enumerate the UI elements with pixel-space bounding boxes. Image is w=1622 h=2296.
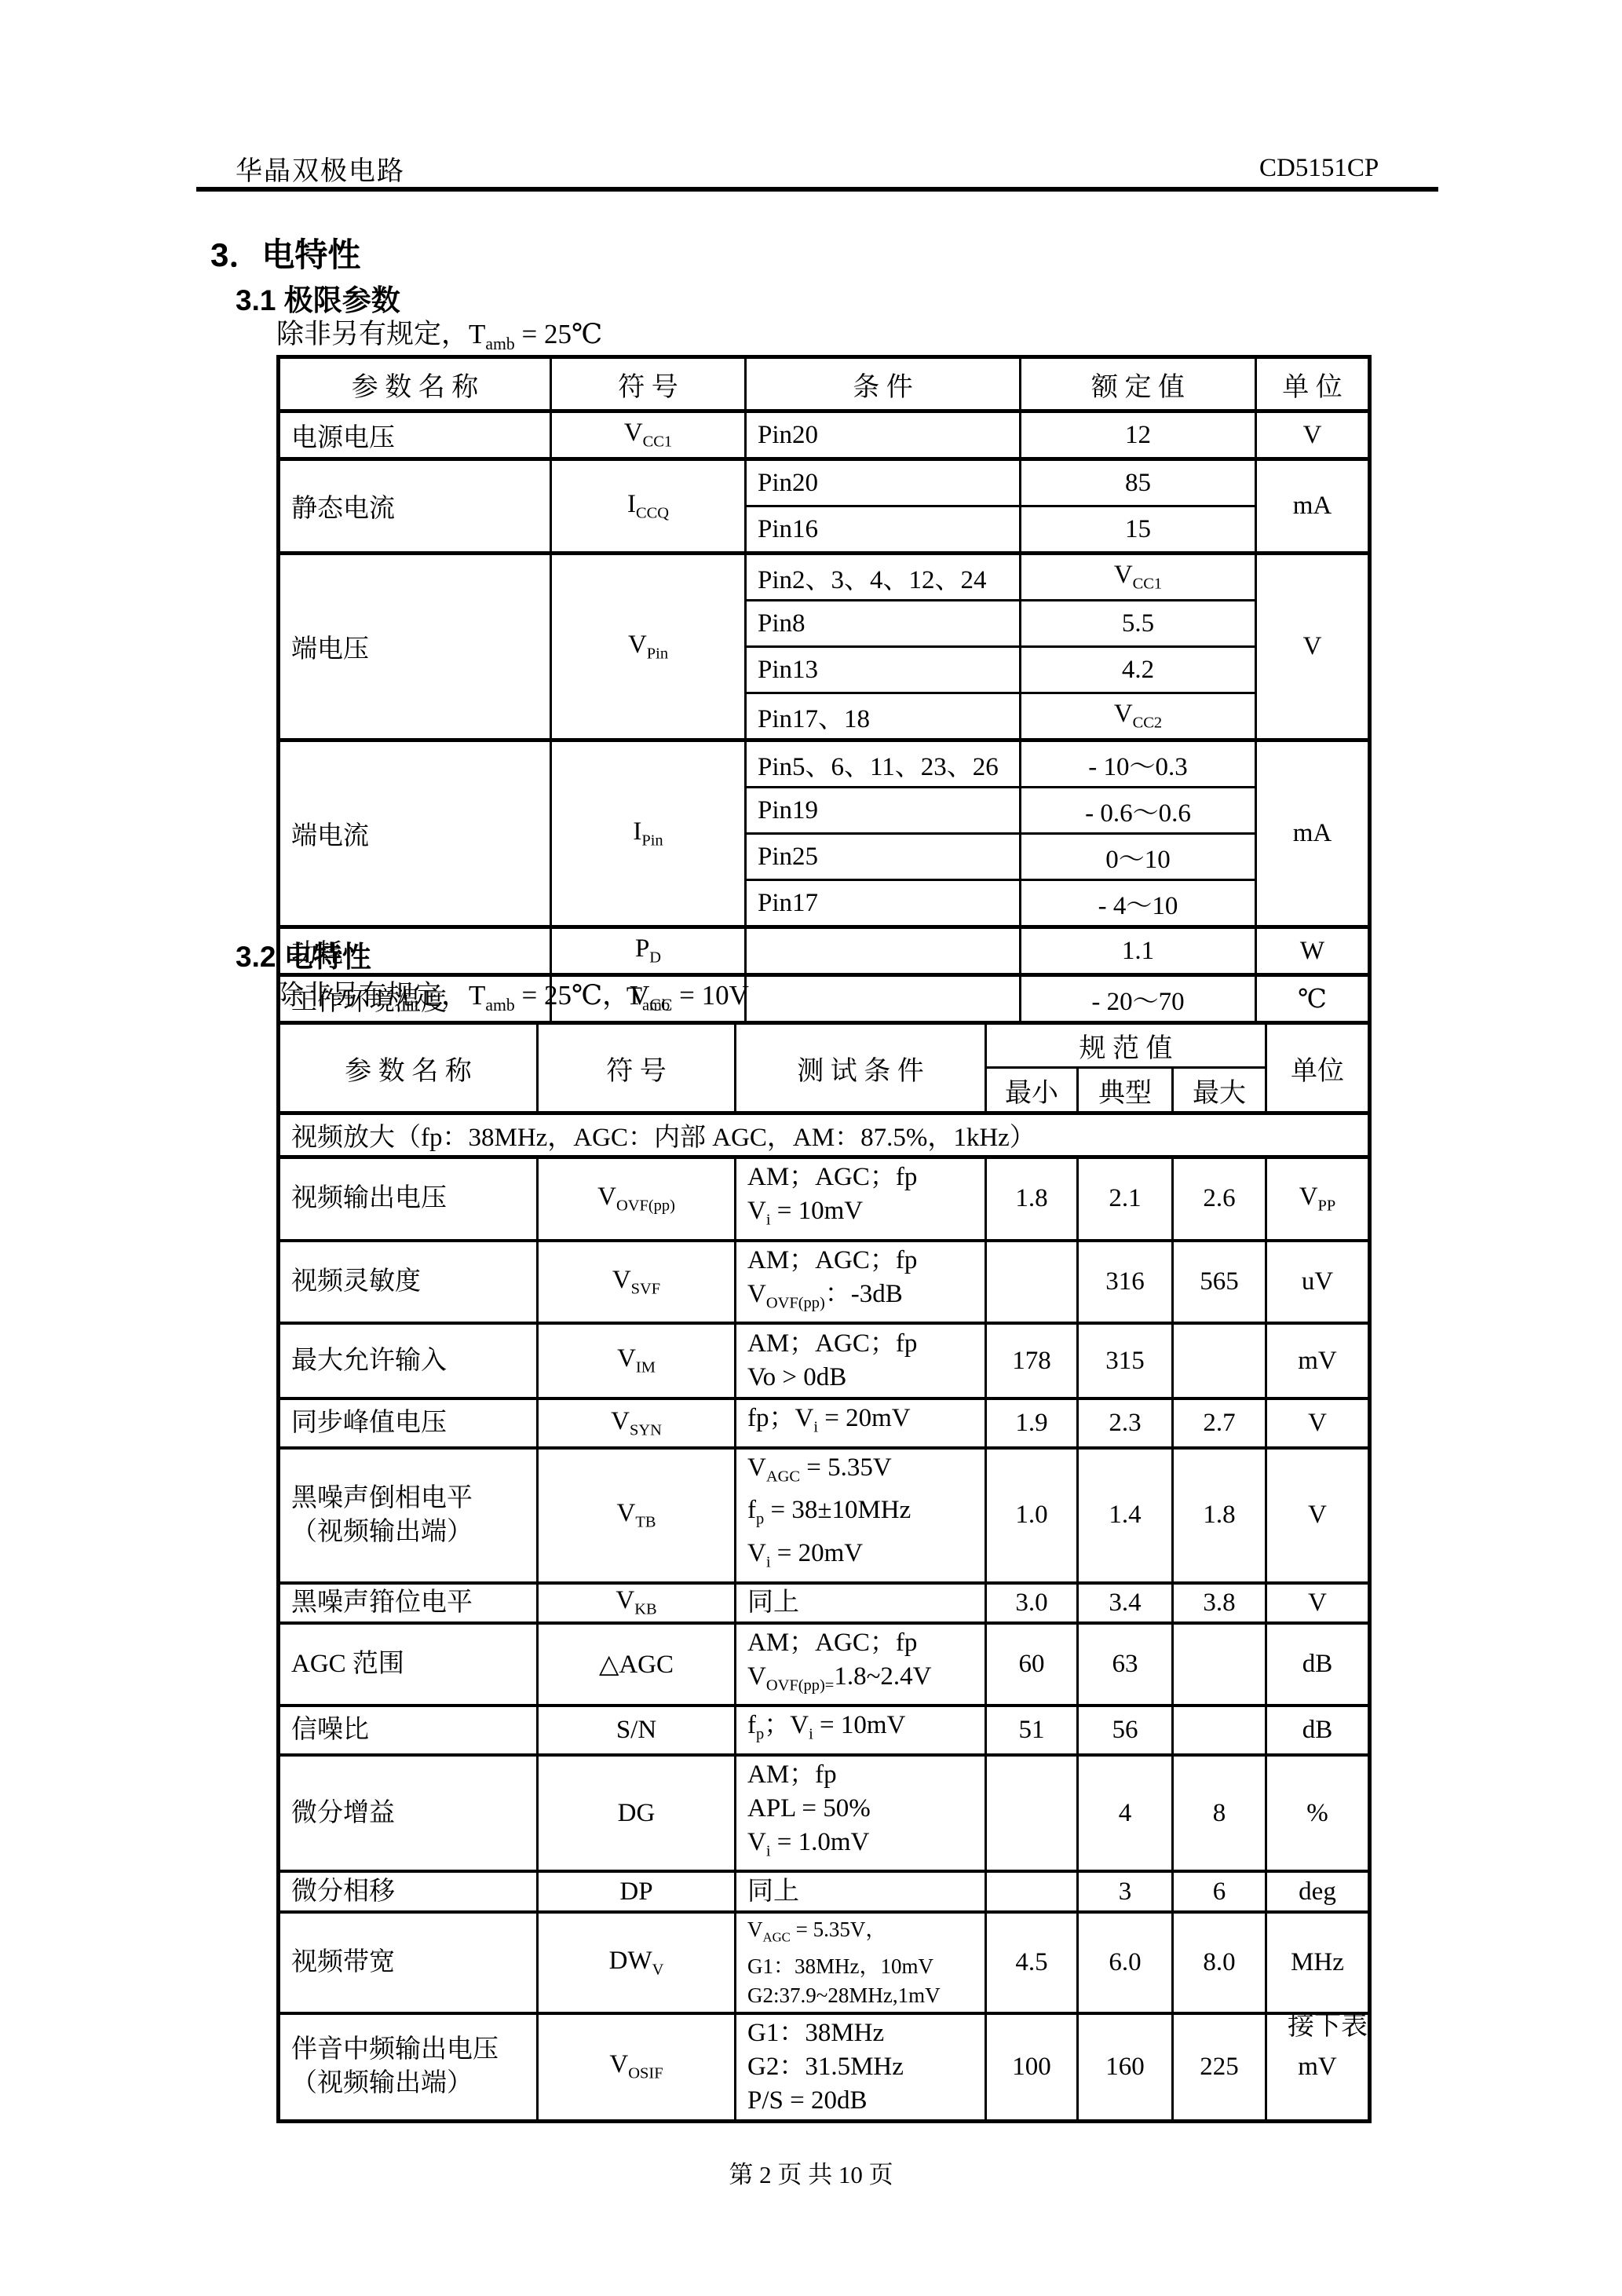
symbol-cell: VSVF bbox=[538, 1241, 736, 1324]
table-row: 信噪比S/Nfp；Vi = 10mV5156dB bbox=[279, 1706, 1370, 1755]
condition-cell bbox=[746, 975, 1021, 1023]
symbol-cell: DG bbox=[538, 1755, 736, 1872]
rating-value-cell: VCC1 bbox=[1021, 554, 1256, 601]
param-name-header: 参 数 名 称 bbox=[279, 1023, 538, 1113]
param-name-cell: 信噪比 bbox=[279, 1706, 538, 1755]
spec-max-cell: 3.8 bbox=[1173, 1583, 1266, 1623]
symbol-cell: VPin bbox=[551, 554, 746, 740]
symbol-cell: VKB bbox=[538, 1583, 736, 1623]
test-condition-cell: fp；Vi = 10mV bbox=[736, 1706, 986, 1755]
rating-value-cell: 12 bbox=[1021, 411, 1256, 459]
rating-value-cell: 1.1 bbox=[1021, 927, 1256, 975]
condition-cell: Pin13 bbox=[746, 647, 1021, 693]
param-name-cell: 电源电压 bbox=[279, 411, 551, 459]
spec-min-cell bbox=[986, 1755, 1078, 1872]
unit-cell: MHz bbox=[1266, 1912, 1370, 2013]
symbol-cell: VCC1 bbox=[551, 411, 746, 459]
unit-cell: deg bbox=[1266, 1871, 1370, 1912]
param-name-cell: 静态电流 bbox=[279, 459, 551, 554]
param-name-cell: 最大允许输入 bbox=[279, 1323, 538, 1398]
column-header-cell: 条 件 bbox=[746, 357, 1021, 411]
column-header-cell: 参 数 名 称 bbox=[279, 357, 551, 411]
spec-min-cell bbox=[986, 1871, 1078, 1912]
param-name-cell: 视频灵敏度 bbox=[279, 1241, 538, 1324]
param-name-cell: 黑噪声箝位电平 bbox=[279, 1583, 538, 1623]
spec-min-cell: 1.0 bbox=[986, 1448, 1078, 1583]
symbol-cell: VOVF(pp) bbox=[538, 1157, 736, 1241]
doc-header-title: 华晶双极电路 bbox=[236, 149, 405, 188]
unit-cell: V bbox=[1266, 1448, 1370, 1583]
unit-cell: mA bbox=[1256, 740, 1370, 927]
table-row: 端电流IPinPin5、6、11、23、26- 10～0.3mA bbox=[279, 740, 1370, 788]
param-name-cell: 端电流 bbox=[279, 740, 551, 927]
unit-cell: V bbox=[1256, 411, 1370, 459]
unit-cell: V bbox=[1256, 554, 1370, 740]
spec-min-cell: 1.9 bbox=[986, 1398, 1078, 1448]
symbol-cell: DP bbox=[538, 1871, 736, 1912]
symbol-cell: IPin bbox=[551, 740, 746, 927]
datasheet-page: 华晶双极电路 CD5151CP 3．电特性 3.1 极限参数 除非另有规定，Ta… bbox=[0, 0, 1622, 2296]
spec-typ-cell: 3.4 bbox=[1078, 1583, 1173, 1623]
condition-cell: Pin25 bbox=[746, 834, 1021, 880]
test-condition-cell: VAGC = 5.35V，G1：38MHz，10mVG2:37.9~28MHz,… bbox=[736, 1912, 986, 2013]
condition-note-3-2: 除非另有规定，Tamb = 25℃，VCC = 10V bbox=[276, 974, 749, 1015]
spec-typ-cell: 3 bbox=[1078, 1871, 1173, 1912]
table-row: 视频输出电压VOVF(pp)AM；AGC；fpVi = 10mV1.82.12.… bbox=[279, 1157, 1370, 1241]
param-name-cell: 视频带宽 bbox=[279, 1912, 538, 2013]
condition-cell: Pin20 bbox=[746, 411, 1021, 459]
symbol-header: 符 号 bbox=[538, 1023, 736, 1113]
electrical-characteristics-table: 参 数 名 称符 号测 试 条 件规 范 值单位最小典型最大视频放大（fp：38… bbox=[276, 1021, 1372, 2123]
test-condition-cell: fp；Vi = 20mV bbox=[736, 1398, 986, 1448]
unit-cell: VPP bbox=[1266, 1157, 1370, 1241]
spec-max-cell: 8 bbox=[1173, 1755, 1266, 1872]
subsection-3-2-heading: 3.2 电特性 bbox=[236, 933, 371, 975]
spec-typ-cell: 4 bbox=[1078, 1755, 1173, 1872]
symbol-cell: VIM bbox=[538, 1323, 736, 1398]
table-row: 最大允许输入VIMAM；AGC；fpVo > 0dB178315mV bbox=[279, 1323, 1370, 1398]
condition-cell: Pin2、3、4、12、24 bbox=[746, 554, 1021, 601]
unit-cell: % bbox=[1266, 1755, 1370, 1872]
table-row: 视频灵敏度VSVFAM；AGC；fpVOVF(pp)：-3dB316565uV bbox=[279, 1241, 1370, 1324]
rating-value-cell: - 4～10 bbox=[1021, 880, 1256, 927]
unit-cell: dB bbox=[1266, 1623, 1370, 1706]
unit-header: 单位 bbox=[1266, 1023, 1370, 1113]
rating-value-cell: 85 bbox=[1021, 459, 1256, 506]
min-header: 最小 bbox=[986, 1068, 1078, 1113]
table-row: 微分增益DGAM；fpAPL = 50%Vi = 1.0mV48% bbox=[279, 1755, 1370, 1872]
spec-max-cell bbox=[1173, 1323, 1266, 1398]
spec-max-cell: 6 bbox=[1173, 1871, 1266, 1912]
table-header-row: 参 数 名 称符 号条 件额 定 值单 位 bbox=[279, 357, 1370, 411]
table-header-row: 参 数 名 称符 号测 试 条 件规 范 值单位 bbox=[279, 1023, 1370, 1068]
doc-part-number: CD5151CP bbox=[1259, 154, 1379, 183]
unit-cell: uV bbox=[1266, 1241, 1370, 1324]
table-row: 功耗PD1.1W bbox=[279, 927, 1370, 975]
test-condition-cell: 同上 bbox=[736, 1871, 986, 1912]
unit-cell: dB bbox=[1266, 1706, 1370, 1755]
spec-max-cell: 8.0 bbox=[1173, 1912, 1266, 2013]
spec-typ-cell: 2.3 bbox=[1078, 1398, 1173, 1448]
group-band-cell: 视频放大（fp：38MHz，AGC：内部 AGC，AM：87.5%，1kHz） bbox=[279, 1113, 1370, 1157]
spec-max-cell: 2.7 bbox=[1173, 1398, 1266, 1448]
spec-value-header: 规 范 值 bbox=[986, 1023, 1266, 1068]
table-row: 电源电压VCC1Pin2012V bbox=[279, 411, 1370, 459]
continued-label: 接下表 bbox=[276, 2004, 1368, 2042]
symbol-cell: VTB bbox=[538, 1448, 736, 1583]
param-name-cell: AGC 范围 bbox=[279, 1623, 538, 1706]
param-name-cell: 同步峰值电压 bbox=[279, 1398, 538, 1448]
condition-cell: Pin20 bbox=[746, 459, 1021, 506]
spec-typ-cell: 56 bbox=[1078, 1706, 1173, 1755]
header-rule bbox=[196, 187, 1438, 192]
spec-min-cell: 178 bbox=[986, 1323, 1078, 1398]
rating-value-cell: - 20～70 bbox=[1021, 975, 1256, 1023]
rating-value-cell: 0～10 bbox=[1021, 834, 1256, 880]
column-header-cell: 单 位 bbox=[1256, 357, 1370, 411]
param-name-cell: 视频输出电压 bbox=[279, 1157, 538, 1241]
table-row: 黑噪声箝位电平VKB同上3.03.43.8V bbox=[279, 1583, 1370, 1623]
condition-cell: Pin16 bbox=[746, 506, 1021, 554]
symbol-cell: PD bbox=[551, 927, 746, 975]
spec-max-cell: 1.8 bbox=[1173, 1448, 1266, 1583]
condition-cell: Pin17、18 bbox=[746, 693, 1021, 740]
spec-typ-cell: 2.1 bbox=[1078, 1157, 1173, 1241]
param-name-cell: 微分增益 bbox=[279, 1755, 538, 1872]
max-header: 最大 bbox=[1173, 1068, 1266, 1113]
column-header-cell: 符 号 bbox=[551, 357, 746, 411]
spec-min-cell: 3.0 bbox=[986, 1583, 1078, 1623]
page-number: 第 2 页 共 10 页 bbox=[0, 2155, 1622, 2190]
rating-value-cell: 5.5 bbox=[1021, 601, 1256, 647]
unit-cell: W bbox=[1256, 927, 1370, 975]
rating-value-cell: 15 bbox=[1021, 506, 1256, 554]
table-row: 黑噪声倒相电平（视频输出端）VTBVAGC = 5.35Vfp = 38±10M… bbox=[279, 1448, 1370, 1583]
unit-cell: ℃ bbox=[1256, 975, 1370, 1023]
spec-min-cell: 51 bbox=[986, 1706, 1078, 1755]
section-heading: 3．电特性 bbox=[210, 229, 360, 276]
table-row: 微分相移DP同上36deg bbox=[279, 1871, 1370, 1912]
column-header-cell: 额 定 值 bbox=[1021, 357, 1256, 411]
table-band-row: 视频放大（fp：38MHz，AGC：内部 AGC，AM：87.5%，1kHz） bbox=[279, 1113, 1370, 1157]
table-row: 静态电流ICCQPin2085mA bbox=[279, 459, 1370, 506]
spec-min-cell: 1.8 bbox=[986, 1157, 1078, 1241]
test-condition-header: 测 试 条 件 bbox=[736, 1023, 986, 1113]
test-condition-cell: VAGC = 5.35Vfp = 38±10MHzVi = 20mV bbox=[736, 1448, 986, 1583]
test-condition-cell: AM；AGC；fpVo > 0dB bbox=[736, 1323, 986, 1398]
table-row: 同步峰值电压VSYNfp；Vi = 20mV1.92.32.7V bbox=[279, 1398, 1370, 1448]
spec-min-cell: 60 bbox=[986, 1623, 1078, 1706]
unit-cell: V bbox=[1266, 1398, 1370, 1448]
spec-typ-cell: 316 bbox=[1078, 1241, 1173, 1324]
condition-cell bbox=[746, 927, 1021, 975]
test-condition-cell: 同上 bbox=[736, 1583, 986, 1623]
spec-typ-cell: 63 bbox=[1078, 1623, 1173, 1706]
spec-typ-cell: 315 bbox=[1078, 1323, 1173, 1398]
condition-cell: Pin17 bbox=[746, 880, 1021, 927]
param-name-cell: 黑噪声倒相电平（视频输出端） bbox=[279, 1448, 538, 1583]
symbol-cell: DWV bbox=[538, 1912, 736, 2013]
spec-max-cell: 2.6 bbox=[1173, 1157, 1266, 1241]
table-row: 视频带宽DWVVAGC = 5.35V，G1：38MHz，10mVG2:37.9… bbox=[279, 1912, 1370, 2013]
symbol-cell: VSYN bbox=[538, 1398, 736, 1448]
rating-value-cell: 4.2 bbox=[1021, 647, 1256, 693]
condition-cell: Pin19 bbox=[746, 788, 1021, 834]
spec-typ-cell: 6.0 bbox=[1078, 1912, 1173, 2013]
test-condition-cell: AM；AGC；fpVi = 10mV bbox=[736, 1157, 986, 1241]
param-name-cell: 端电压 bbox=[279, 554, 551, 740]
param-name-cell: 微分相移 bbox=[279, 1871, 538, 1912]
spec-max-cell bbox=[1173, 1706, 1266, 1755]
test-condition-cell: AM；AGC；fpVOVF(pp)=1.8~2.4V bbox=[736, 1623, 986, 1706]
symbol-cell: S/N bbox=[538, 1706, 736, 1755]
spec-max-cell bbox=[1173, 1623, 1266, 1706]
table-row: 端电压VPinPin2、3、4、12、24VCC1V bbox=[279, 554, 1370, 601]
spec-min-cell: 4.5 bbox=[986, 1912, 1078, 2013]
symbol-cell: △AGC bbox=[538, 1623, 736, 1706]
rating-value-cell: VCC2 bbox=[1021, 693, 1256, 740]
test-condition-cell: AM；AGC；fpVOVF(pp)：-3dB bbox=[736, 1241, 986, 1324]
condition-cell: Pin5、6、11、23、26 bbox=[746, 740, 1021, 788]
unit-cell: mV bbox=[1266, 1323, 1370, 1398]
rating-value-cell: - 10～0.3 bbox=[1021, 740, 1256, 788]
symbol-cell: ICCQ bbox=[551, 459, 746, 554]
spec-min-cell bbox=[986, 1241, 1078, 1324]
typ-header: 典型 bbox=[1078, 1068, 1173, 1113]
test-condition-cell: AM；fpAPL = 50%Vi = 1.0mV bbox=[736, 1755, 986, 1872]
spec-typ-cell: 1.4 bbox=[1078, 1448, 1173, 1583]
limit-parameters-table: 参 数 名 称符 号条 件额 定 值单 位电源电压VCC1Pin2012V静态电… bbox=[276, 355, 1372, 1073]
unit-cell: V bbox=[1266, 1583, 1370, 1623]
rating-value-cell: - 0.6～0.6 bbox=[1021, 788, 1256, 834]
table-row: AGC 范围△AGCAM；AGC；fpVOVF(pp)=1.8~2.4V6063… bbox=[279, 1623, 1370, 1706]
unit-cell: mA bbox=[1256, 459, 1370, 554]
condition-note-3-1: 除非另有规定，Tamb = 25℃ bbox=[276, 313, 602, 354]
condition-cell: Pin8 bbox=[746, 601, 1021, 647]
spec-max-cell: 565 bbox=[1173, 1241, 1266, 1324]
